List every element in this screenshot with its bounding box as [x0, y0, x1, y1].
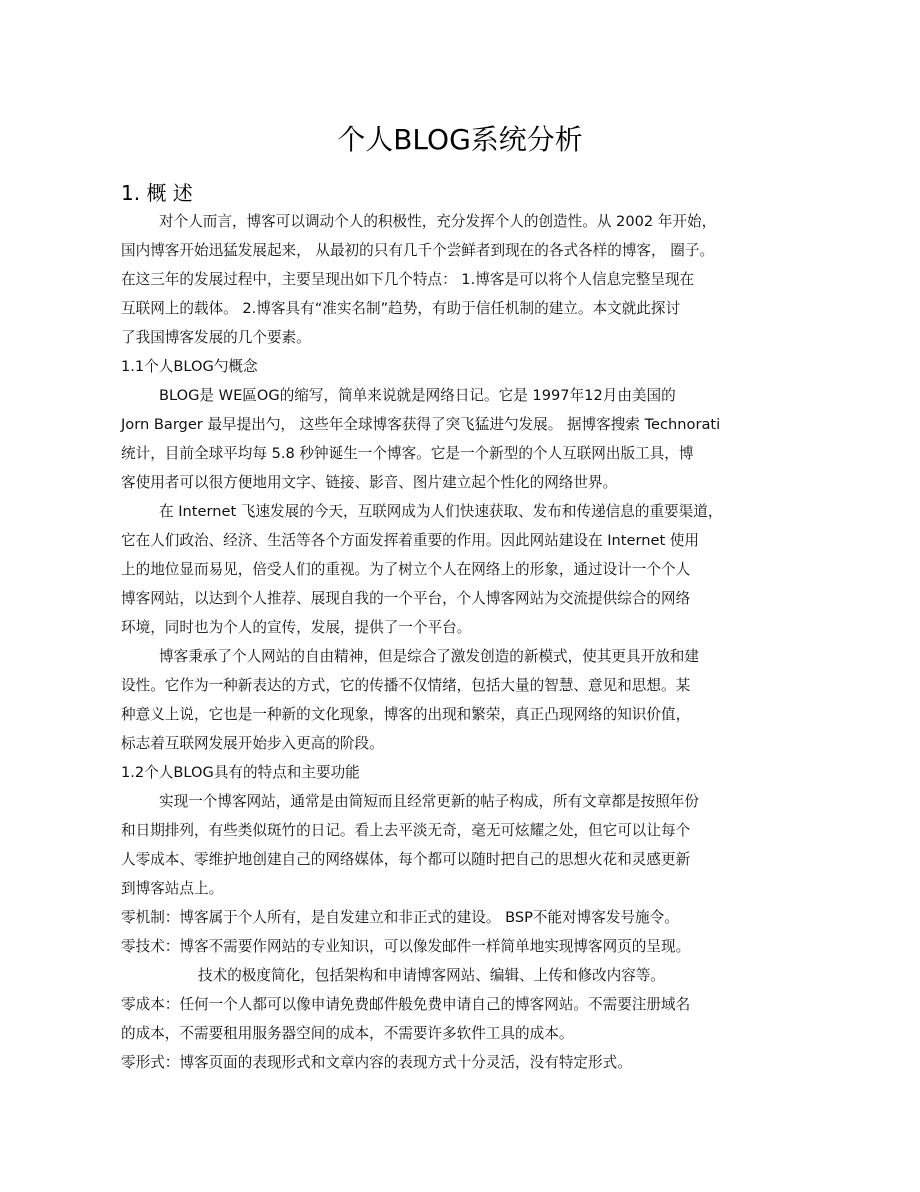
paragraph-line: 和日期排列，有些类似斑竹的日记。看上去平淡无奇，毫无可炫耀之处，但它可以让每个	[121, 821, 690, 841]
paragraph-line: 客使用者可以很方便地用文字、链接、影音、图片建立起个性化的网络世界。	[121, 473, 617, 493]
paragraph-line: 的成本，不需要租用服务器空间的成本，不需要许多软件工具的成本。	[121, 1024, 573, 1044]
paragraph-line: 国内博客开始迅猛发展起来， 从最初的只有几千个尝鲜者到现在的各式各样的博客， 圈…	[121, 241, 714, 261]
section-heading-overview: 1. 概 述	[121, 178, 193, 208]
paragraph-line: 设性。它作为一种新表达的方式，它的传播不仅情绪，包括大量的智慧、意见和思想。某	[121, 676, 690, 696]
paragraph-line: 对个人而言，博客可以调动个人的积极性，充分发挥个人的创造性。从 2002 年开始…	[159, 212, 716, 232]
paragraph-line: 标志着互联网发展开始步入更高的阶段。	[121, 734, 384, 754]
paragraph-line: 互联网上的载体。 2.博客具有“准实名制”趋势，有助于信任机制的建立。本文就此探…	[121, 299, 680, 319]
paragraph-line: 它在人们政治、经济、生活等各个方面发挥着重要的作用。因此网站建设在 Intern…	[121, 531, 699, 551]
paragraph-line: 环境，同时也为个人的宣传，发展，提供了一个平台。	[121, 618, 471, 638]
paragraph-line: 博客网站，以达到个人推荐、展现自我的一个平台，个人博客网站为交流提供综合的网络	[121, 589, 690, 609]
paragraph-line: Jorn Barger 最早提出勺， 这些年全球博客获得了突飞猛进勺发展。 据博…	[121, 415, 720, 435]
paragraph-line: 种意义上说，它也是一种新的文化现象，博客的出现和繁荣，真正凸现网络的知识价值，	[121, 705, 690, 725]
document-page: 个人BLOG系统分析 1. 概 述 对个人而言，博客可以调动个人的积极性，充分发…	[0, 0, 920, 1192]
paragraph-line: 博客秉承了个人网站的自由精神，但是综合了激发创造的新模式，使其更具开放和建	[159, 647, 699, 667]
paragraph-line: 上的地位显而易见，倍受人们的重视。为了树立个人在网络上的形象，通过设计一个个人	[121, 560, 690, 580]
paragraph-line: 到博客站点上。	[121, 879, 223, 899]
paragraph-line: 实现一个博客网站，通常是由简短而且经常更新的帖子构成，所有文章都是按照年份	[159, 792, 699, 812]
paragraph-line: 技术的极度简化，包括架构和申请博客网站、编辑、上传和修改内容等。	[198, 966, 665, 986]
subsection-heading-concept: 1.1个人BLOG勺概念	[121, 357, 258, 377]
paragraph-line: 人零成本、零维护地创建自己的网络媒体，每个都可以随时把自己的思想火花和灵感更新	[121, 850, 690, 870]
paragraph-line: 在这三年的发展过程中，主要呈现出如下几个特点： 1.博客是可以将个人信息完整呈现…	[121, 270, 694, 290]
paragraph-line: 了我国博客发展的几个要素。	[121, 328, 311, 348]
feature-zero-form: 零形式：博客页面的表现形式和文章内容的表现方式十分灵活，没有特定形式。	[121, 1053, 632, 1073]
subsection-heading-features: 1.2个人BLOG具有的特点和主要功能	[121, 763, 360, 783]
paragraph-line: BLOG是 WE區OG的缩写，简单来说就是网络日记。它是 1997年12月由美国…	[159, 386, 676, 406]
paragraph-line: 在 Internet 飞速发展的今天，互联网成为人们快速获取、发布和传递信息的重…	[159, 502, 722, 522]
paragraph-line: 统计，目前全球平均每 5.8 秒钟诞生一个博客。它是一个新型的个人互联网出版工具…	[121, 444, 693, 464]
document-title: 个人BLOG系统分析	[0, 120, 920, 160]
feature-zero-cost: 零成本：任何一个人都可以像申请免费邮件般免费申请自己的博客网站。不需要注册域名	[121, 995, 690, 1015]
feature-zero-mechanism: 零机制：博客属于个人所有，是自发建立和非正式的建设。 BSP不能对博客发号施令。	[121, 908, 679, 928]
feature-zero-technology: 零技术：博客不需要作网站的专业知识，可以像发邮件一样简单地实现博客网页的呈现。	[121, 937, 690, 957]
